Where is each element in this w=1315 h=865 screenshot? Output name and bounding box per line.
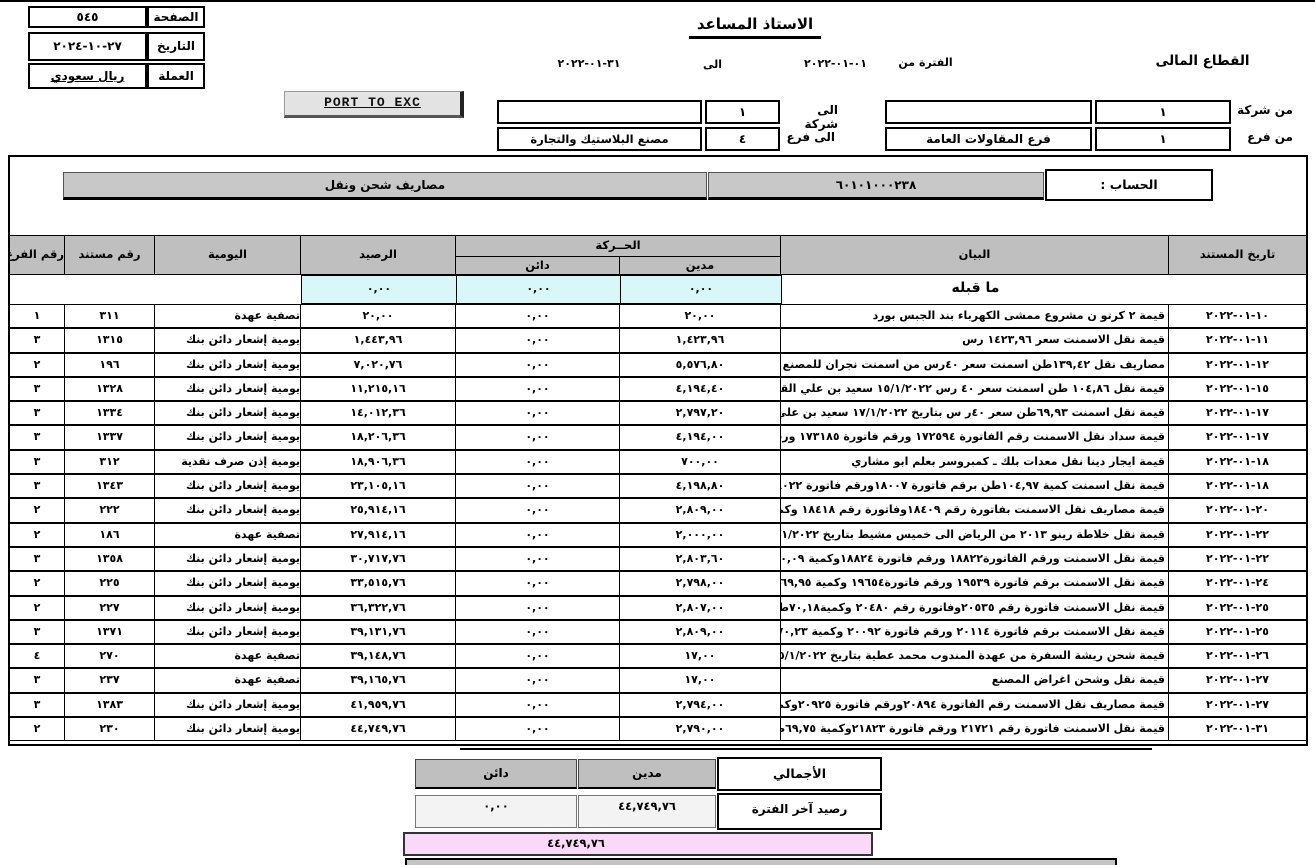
row-debit-cell: ٢,٨٠٧,٠٠ [619, 596, 781, 620]
row-balance-cell: ٣٦,٣٢٢,٧٦ [300, 596, 456, 620]
row-debit-cell: ٢,٠٠٠,٠٠ [619, 523, 781, 547]
row-branch-cell: ٣ [9, 450, 65, 474]
row-date-cell: ١٧-٠١-٢٠٢٢ [1168, 425, 1307, 449]
row-date-cell: ٢٧-٠١-٢٠٢٢ [1168, 693, 1307, 717]
row-desc-cell: قيمة نقل الاسمنت برقم فاتورة ١٩٥٣٩ ورقم … [780, 571, 1169, 595]
table-row: ٢١٨٦تصفية عهدة٢٧,٩١٤,١٦٠,٠٠٢,٠٠٠,٠٠قيمة … [9, 523, 1307, 547]
footer-divider-line [460, 748, 1152, 750]
table-row: ٣١٣٢٨يومية إشعار دائن بنك١١,٢١٥,١٦٠,٠٠٤,… [9, 377, 1307, 401]
row-journal-cell: يومية إشعار دائن بنك [154, 620, 301, 644]
net-balance-box: ٤٤,٧٤٩,٧٦ [403, 832, 873, 856]
row-journal-cell: يومية إشعار دائن بنك [154, 425, 301, 449]
to-branch-label: الى فرع [783, 130, 835, 144]
table-row: ٣٣١٢يومية إذن صرف نقدية١٨,٩٠٦,٣٦٠,٠٠٧٠٠,… [9, 450, 1307, 474]
header-movement: الحــركة [455, 235, 781, 257]
row-credit-cell: ٠,٠٠ [455, 668, 620, 692]
table-row: ٣١٣٥٨يومية إشعار دائن بنك٣٠,٧١٧,٧٦٠,٠٠٢,… [9, 547, 1307, 571]
row-doc-cell: ٢٢٧ [64, 596, 155, 620]
period-from-value: ٠١-٠١-٢٠٢٢ [783, 57, 888, 70]
to-company-name-field[interactable] [497, 100, 702, 124]
row-debit-cell: ١٧,٠٠ [619, 644, 781, 668]
row-doc-cell: ٢٣٧ [64, 668, 155, 692]
table-row: ٣١٣٧١يومية إشعار دائن بنك٣٩,١٣١,٧٦٠,٠٠٢,… [9, 620, 1307, 644]
row-date-cell: ١٢-٠١-٢٠٢٢ [1168, 353, 1307, 377]
row-branch-cell: ٣ [9, 547, 65, 571]
account-label: الحساب : [1045, 169, 1213, 201]
totals-label: الأجمالي [717, 757, 882, 791]
row-journal-cell: تصفية عهدة [154, 668, 301, 692]
row-doc-cell: ١٣٧١ [64, 620, 155, 644]
opening-balance-label: ما قبله [781, 275, 1170, 304]
from-branch-label: من فرع [1233, 130, 1293, 144]
table-row: ٣٢٣٧تصفية عهدة٣٩,١٦٥,٧٦٠,٠٠١٧,٠٠قيمة نقل… [9, 668, 1307, 692]
row-doc-cell: ٢٣٠ [64, 717, 155, 741]
row-debit-cell: ٢,٧٩٤,٠٠ [619, 693, 781, 717]
row-journal-cell: تصفية عهدة [154, 304, 301, 328]
row-desc-cell: قيمة نقل الاسمنت ورقم الفاتورة١٨٨٢٢ ورقم… [780, 547, 1169, 571]
row-balance-cell: ٣٩,١٤٨,٧٦ [300, 644, 456, 668]
account-name: مصاريف شحن ونقل [63, 172, 707, 200]
row-doc-cell: ١٣١٥ [64, 328, 155, 352]
row-journal-cell: يومية إشعار دائن بنك [154, 547, 301, 571]
row-date-cell: ٢٥-٠١-٢٠٢٢ [1168, 620, 1307, 644]
row-branch-cell: ٣ [9, 620, 65, 644]
row-desc-cell: قيمة نقل اسمنت ٦٩,٩٣طن سعر ٤٠ر س بتاريخ … [780, 401, 1169, 425]
row-doc-cell: ١٣٢٨ [64, 377, 155, 401]
row-journal-cell: يومية إشعار دائن بنك [154, 693, 301, 717]
closing-debit-value: ٤٤,٧٤٩,٧٦ [578, 795, 716, 828]
row-desc-cell: قيمة نقل ١٠٤,٨٦ طن اسمنت سعر ٤٠ رس ١٥/١/… [780, 377, 1169, 401]
row-credit-cell: ٠,٠٠ [455, 328, 620, 352]
row-desc-cell: مصاريف نقل ١٣٩,٤٢طن اسمنت سعر ٤٠رس من اس… [780, 353, 1169, 377]
bottom-partial-box [405, 858, 1117, 865]
row-desc-cell: قيمة سداد نقل الاسمنت رقم الفاتورة ١٧٢٥٩… [780, 425, 1169, 449]
row-branch-cell: ٢ [9, 571, 65, 595]
row-journal-cell: يومية إشعار دائن بنك [154, 498, 301, 522]
row-balance-cell: ٣٣,٥١٥,٧٦ [300, 571, 456, 595]
row-credit-cell: ٠,٠٠ [455, 523, 620, 547]
period-to-value: ٣١-٠١-٢٠٢٢ [533, 57, 645, 70]
row-doc-cell: ١٩٦ [64, 353, 155, 377]
row-desc-cell: قيمة نقل الاسمنت سعر ١٤٢٣,٩٦ رس [780, 328, 1169, 352]
row-date-cell: ١١-٠١-٢٠٢٢ [1168, 328, 1307, 352]
row-doc-cell: ٣١١ [64, 304, 155, 328]
to-company-field[interactable]: ١ [705, 100, 780, 124]
row-balance-cell: ٣٩,١٣١,٧٦ [300, 620, 456, 644]
row-date-cell: ١٥-٠١-٢٠٢٢ [1168, 377, 1307, 401]
row-credit-cell: ٠,٠٠ [455, 571, 620, 595]
row-journal-cell: يومية إشعار دائن بنك [154, 474, 301, 498]
row-date-cell: ٢٧-٠١-٢٠٢٢ [1168, 668, 1307, 692]
table-row: ٣١٣٣٧يومية إشعار دائن بنك١٨,٢٠٦,٣٦٠,٠٠٤,… [9, 425, 1307, 449]
top-edge-line [0, 0, 1315, 2]
table-row: ٤٢٧٠تصفية عهدة٣٩,١٤٨,٧٦٠,٠٠١٧,٠٠قيمة شحن… [9, 644, 1307, 668]
row-credit-cell: ٠,٠٠ [455, 474, 620, 498]
row-doc-cell: ١٣٥٨ [64, 547, 155, 571]
row-credit-cell: ٠,٠٠ [455, 644, 620, 668]
row-branch-cell: ٣ [9, 328, 65, 352]
row-date-cell: ١٠-٠١-٢٠٢٢ [1168, 304, 1307, 328]
to-branch-field[interactable]: ٤ [705, 127, 780, 151]
row-credit-cell: ٠,٠٠ [455, 377, 620, 401]
row-doc-cell: ٣١٢ [64, 450, 155, 474]
table-row: ٣١٣١٥يومية إشعار دائن بنك١,٤٤٣,٩٦٠,٠٠١,٤… [9, 328, 1307, 352]
row-credit-cell: ٠,٠٠ [455, 693, 620, 717]
row-branch-cell: ٢ [9, 498, 65, 522]
row-journal-cell: يومية إشعار دائن بنك [154, 377, 301, 401]
table-row: ٢٢٢٥يومية إشعار دائن بنك٣٣,٥١٥,٧٦٠,٠٠٢,٧… [9, 571, 1307, 595]
row-credit-cell: ٠,٠٠ [455, 401, 620, 425]
header-journal: اليومية [154, 235, 301, 275]
row-branch-cell: ٢ [9, 596, 65, 620]
row-debit-cell: ٢,٧٩٧,٢٠ [619, 401, 781, 425]
row-journal-cell: يومية إشعار دائن بنك [154, 717, 301, 741]
transactions-table: رقم الفرع رقم مستند اليومية الرصيد الحــ… [9, 235, 1307, 741]
row-date-cell: ٢٤-٠١-٢٠٢٢ [1168, 571, 1307, 595]
row-branch-cell: ٣ [9, 425, 65, 449]
row-debit-cell: ٢,٧٩٠,٠٠ [619, 717, 781, 741]
row-balance-cell: ٧,٠٢٠,٧٦ [300, 353, 456, 377]
row-journal-cell: يومية إشعار دائن بنك [154, 401, 301, 425]
row-debit-cell: ٤,١٩٤,٤٠ [619, 377, 781, 401]
row-balance-cell: ١٨,٩٠٦,٣٦ [300, 450, 456, 474]
row-date-cell: ٢٢-٠١-٢٠٢٢ [1168, 523, 1307, 547]
row-journal-cell: يومية إشعار دائن بنك [154, 596, 301, 620]
from-branch-field[interactable]: ١ [1095, 127, 1231, 151]
row-journal-cell: يومية إشعار دائن بنك [154, 353, 301, 377]
row-branch-cell: ٣ [9, 668, 65, 692]
from-branch-name-field[interactable]: فرع المقاولات العامة [885, 127, 1092, 151]
row-desc-cell: قيمة نقل الاسمنت برقم فاتورة ٢٠١١٤ ورقم … [780, 620, 1169, 644]
table-header: رقم الفرع رقم مستند اليومية الرصيد الحــ… [9, 235, 1307, 275]
row-credit-cell: ٠,٠٠ [455, 717, 620, 741]
table-row: ٢١٩٦يومية إشعار دائن بنك٧,٠٢٠,٧٦٠,٠٠٥,٥٧… [9, 353, 1307, 377]
report-date-label: التاريخ [147, 32, 205, 61]
table-row: ٢٢٣٠يومية إشعار دائن بنك٤٤,٧٤٩,٧٦٠,٠٠٢,٧… [9, 717, 1307, 741]
row-desc-cell: قيمة نقل خلاطة رينو ٢٠١٣ من الرياض الى خ… [780, 523, 1169, 547]
row-balance-cell: ١٨,٢٠٦,٣٦ [300, 425, 456, 449]
row-balance-cell: ٣٩,١٦٥,٧٦ [300, 668, 456, 692]
row-doc-cell: ٢٢٥ [64, 571, 155, 595]
row-debit-cell: ١,٤٢٣,٩٦ [619, 328, 781, 352]
row-branch-cell: ٤ [9, 644, 65, 668]
row-doc-cell: ١٣٤٣ [64, 474, 155, 498]
to-branch-name-field[interactable]: مصنع البلاستيك والتجارة [497, 127, 702, 151]
row-debit-cell: ٢,٨٠٩,٠٠ [619, 620, 781, 644]
period-to-label: الى [695, 58, 730, 71]
row-credit-cell: ٠,٠٠ [455, 596, 620, 620]
row-date-cell: ١٧-٠١-٢٠٢٢ [1168, 401, 1307, 425]
opening-balance: ٠,٠٠ [301, 275, 457, 304]
row-credit-cell: ٠,٠٠ [455, 498, 620, 522]
row-date-cell: ١٨-٠١-٢٠٢٢ [1168, 450, 1307, 474]
row-desc-cell: قيمة نقل اسمنت كمية ١٠٤,٩٧طن برقم فاتورة… [780, 474, 1169, 498]
table-row: ٢٢٢٧يومية إشعار دائن بنك٣٦,٣٢٢,٧٦٠,٠٠٢,٨… [9, 596, 1307, 620]
row-desc-cell: قيمة ايجار دينا نقل معدات بلك ـ كمبروسر … [780, 450, 1169, 474]
row-balance-cell: ١٤,٠١٢,٣٦ [300, 401, 456, 425]
row-desc-cell: قيمة نقل وشحن اغراض المصنع [780, 668, 1169, 692]
row-date-cell: ٣١-٠١-٢٠٢٢ [1168, 717, 1307, 741]
row-debit-cell: ٢,٨٠٩,٠٠ [619, 498, 781, 522]
row-desc-cell: قيمة نقل الاسمنت فاتورة رقم ٢٠٥٣٥وفاتورة… [780, 596, 1169, 620]
row-doc-cell: ١٣٣٧ [64, 425, 155, 449]
row-debit-cell: ٢,٧٩٨,٠٠ [619, 571, 781, 595]
opening-credit: ٠,٠٠ [456, 275, 621, 304]
opening-balance-row: ما قبله ٠,٠٠ ٠,٠٠ ٠,٠٠ [9, 275, 1307, 304]
header-document-date: تاريخ المستند [1168, 235, 1307, 275]
from-company-name-field[interactable] [885, 100, 1092, 124]
row-debit-cell: ٧٠٠,٠٠ [619, 450, 781, 474]
report-date-value: ٢٧-١٠-٢٠٢٤ [28, 32, 147, 61]
table-row: ١٣١١تصفية عهدة٢٠,٠٠٠,٠٠٢٠,٠٠قيمة ٢ كرتو … [9, 304, 1307, 328]
row-branch-cell: ٢ [9, 523, 65, 547]
row-branch-cell: ٣ [9, 377, 65, 401]
totals-debit-header: مدين [578, 759, 716, 789]
net-balance-value: ٤٤,٧٤٩,٧٦ [547, 836, 605, 850]
row-debit-cell: ٤,١٩٤,٠٠ [619, 425, 781, 449]
row-desc-cell: قيمة شحن ريشة السفرة من عهدة المندوب محم… [780, 644, 1169, 668]
table-row: ٣١٣٨٣يومية إشعار دائن بنك٤١,٩٥٩,٧٦٠,٠٠٢,… [9, 693, 1307, 717]
to-company-label: الى شركة [783, 103, 838, 131]
row-credit-cell: ٠,٠٠ [455, 425, 620, 449]
from-company-label: من شركة [1233, 103, 1293, 117]
header-description: البيان [780, 235, 1169, 275]
opening-debit: ٠,٠٠ [620, 275, 782, 304]
row-doc-cell: ١٣٨٣ [64, 693, 155, 717]
row-desc-cell: قيمة ٢ كرتو ن مشروع ممشى الكهرباء بند ال… [780, 304, 1169, 328]
row-date-cell: ٢٠-٠١-٢٠٢٢ [1168, 498, 1307, 522]
row-balance-cell: ٢٧,٩١٤,١٦ [300, 523, 456, 547]
closing-balance-label: رصيد آخر الفترة [717, 793, 882, 830]
export-to-excel-button[interactable]: PORT TO EXC [284, 91, 464, 118]
row-desc-cell: قيمة مصاريف نقل الاسمنت بفاتورة رقم ١٨٤٠… [780, 498, 1169, 522]
row-doc-cell: ٢٧٠ [64, 644, 155, 668]
row-debit-cell: ٢٠,٠٠ [619, 304, 781, 328]
row-journal-cell: يومية إشعار دائن بنك [154, 328, 301, 352]
row-balance-cell: ٤٤,٧٤٩,٧٦ [300, 717, 456, 741]
row-debit-cell: ٥,٥٧٦,٨٠ [619, 353, 781, 377]
row-branch-cell: ٣ [9, 693, 65, 717]
page-number-value: ٥٤٥ [28, 6, 147, 28]
header-balance: الرصيد [300, 235, 456, 275]
header-branch-number: رقم الفرع [9, 235, 65, 275]
row-credit-cell: ٠,٠٠ [455, 620, 620, 644]
page-number-label: الصفحة [147, 6, 205, 28]
row-balance-cell: ٢٣,١٠٥,١٦ [300, 474, 456, 498]
row-credit-cell: ٠,٠٠ [455, 450, 620, 474]
row-date-cell: ٢٦-٠١-٢٠٢٢ [1168, 644, 1307, 668]
report-title: الاستاذ المساعد [655, 15, 855, 39]
row-date-cell: ١٨-٠١-٢٠٢٢ [1168, 474, 1307, 498]
row-date-cell: ٢٢-٠١-٢٠٢٢ [1168, 547, 1307, 571]
row-credit-cell: ٠,٠٠ [455, 353, 620, 377]
table-row: ٣١٣٤٣يومية إشعار دائن بنك٢٣,١٠٥,١٦٠,٠٠٤,… [9, 474, 1307, 498]
table-rows: ١٣١١تصفية عهدة٢٠,٠٠٠,٠٠٢٠,٠٠قيمة ٢ كرتو … [9, 304, 1307, 741]
row-balance-cell: ٣٠,٧١٧,٧٦ [300, 547, 456, 571]
row-doc-cell: ٢٢٢ [64, 498, 155, 522]
header-credit: دائن [455, 256, 620, 275]
row-journal-cell: تصفية عهدة [154, 644, 301, 668]
row-desc-cell: قيمة مصاريف نقل الاسمنت رقم الفاتورة ٢٠٨… [780, 693, 1169, 717]
row-balance-cell: ٢٥,٩١٤,١٦ [300, 498, 456, 522]
row-doc-cell: ١٨٦ [64, 523, 155, 547]
row-journal-cell: يومية إذن صرف نقدية [154, 450, 301, 474]
row-balance-cell: ١,٤٤٣,٩٦ [300, 328, 456, 352]
currency-value: ريال سعودي [28, 63, 147, 89]
header-document-number: رقم مستند [64, 235, 155, 275]
row-date-cell: ٢٥-٠١-٢٠٢٢ [1168, 596, 1307, 620]
row-credit-cell: ٠,٠٠ [455, 304, 620, 328]
row-branch-cell: ٣ [9, 401, 65, 425]
header-debit: مدين [619, 256, 781, 275]
row-credit-cell: ٠,٠٠ [455, 547, 620, 571]
row-branch-cell: ١ [9, 304, 65, 328]
row-balance-cell: ٤١,٩٥٩,٧٦ [300, 693, 456, 717]
row-journal-cell: تصفية عهدة [154, 523, 301, 547]
table-row: ٣١٣٣٤يومية إشعار دائن بنك١٤,٠١٢,٣٦٠,٠٠٢,… [9, 401, 1307, 425]
row-branch-cell: ٣ [9, 474, 65, 498]
row-debit-cell: ٤,١٩٨,٨٠ [619, 474, 781, 498]
row-debit-cell: ٢,٨٠٣,٦٠ [619, 547, 781, 571]
sector-title: القطاع المالى [1140, 53, 1265, 69]
row-branch-cell: ٢ [9, 353, 65, 377]
row-balance-cell: ٢٠,٠٠ [300, 304, 456, 328]
row-debit-cell: ١٧,٠٠ [619, 668, 781, 692]
totals-credit-header: دائن [415, 759, 577, 789]
row-branch-cell: ٢ [9, 717, 65, 741]
row-journal-cell: يومية إشعار دائن بنك [154, 571, 301, 595]
from-company-field[interactable]: ١ [1095, 100, 1231, 124]
row-desc-cell: قيمة نقل الاسمنت فاتورة رقم ٢١٧٢١ ورقم ف… [780, 717, 1169, 741]
account-number: ٦٠١٠١٠٠٠٢٣٨ [708, 172, 1044, 200]
period-from-label: الفترة من [893, 56, 958, 69]
row-balance-cell: ١١,٢١٥,١٦ [300, 377, 456, 401]
closing-credit-value: ٠,٠٠ [415, 795, 577, 828]
row-doc-cell: ١٣٣٤ [64, 401, 155, 425]
table-row: ٢٢٢٢يومية إشعار دائن بنك٢٥,٩١٤,١٦٠,٠٠٢,٨… [9, 498, 1307, 522]
currency-label: العملة [147, 63, 205, 89]
